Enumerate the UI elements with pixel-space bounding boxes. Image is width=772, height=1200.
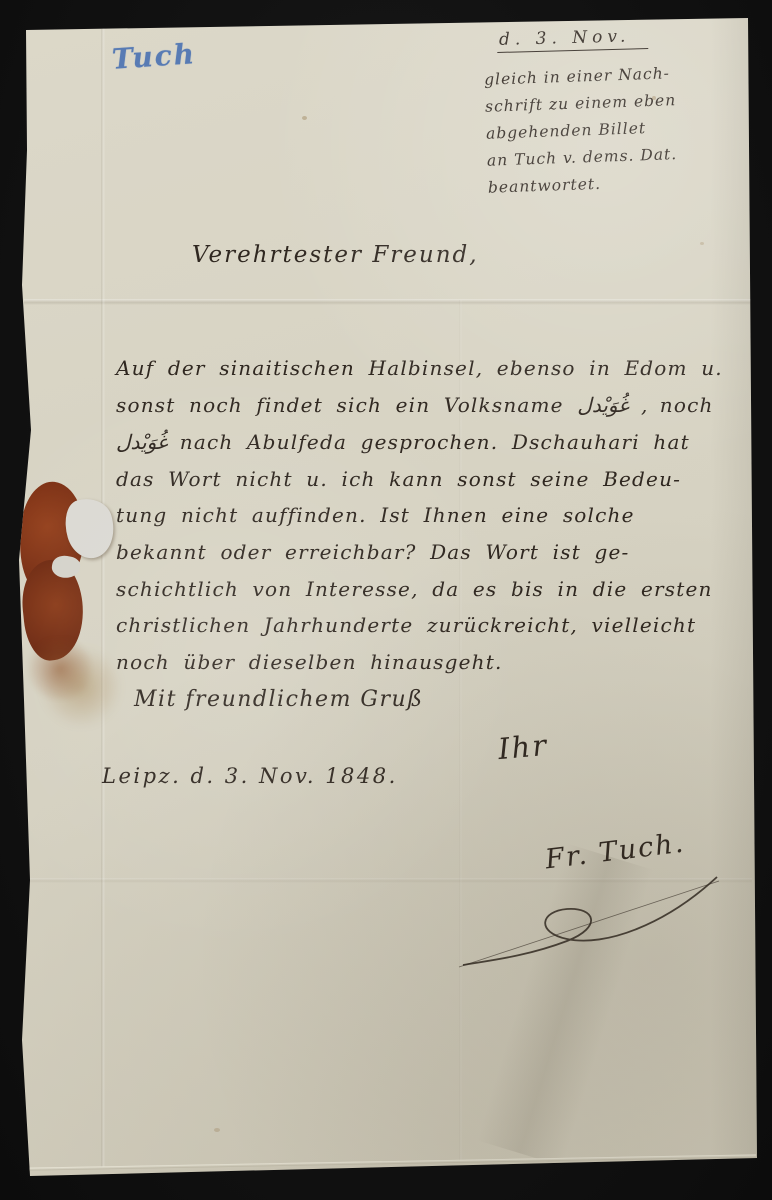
- letter-paper: Tuch d. 3. Nov. gleich in einer Nach- sc…: [0, 0, 772, 1200]
- body-line: bekannt oder erreichbar? Das Wort ist ge…: [116, 540, 630, 564]
- annotation-note: gleich in einer Nach- schrift zu einem e…: [484, 57, 761, 201]
- body-line: غُوَيْدل nach Abulfeda gesprochen. Dscha…: [116, 430, 690, 454]
- valediction: Ihr: [497, 728, 550, 766]
- closing-phrase: Mit freundlichem Gruß: [134, 687, 423, 712]
- foxing-spot: [700, 242, 704, 245]
- salutation: Verehrtester Freund,: [192, 242, 479, 268]
- body-line: sonst noch findet sich ein Volksname غُو…: [116, 393, 714, 417]
- foxing-spot: [302, 116, 307, 120]
- annotation-date-heading: d. 3. Nov.: [497, 26, 649, 53]
- foxing-spot: [214, 1128, 220, 1132]
- place-date-line: Leipz. d. 3. Nov. 1848.: [102, 764, 398, 788]
- body-line: noch über dieselben hinausgeht.: [116, 650, 503, 674]
- body-line: Auf der sinaitischen Halbinsel, ebenso i…: [116, 356, 723, 380]
- blue-pencil-mark: Tuch: [111, 37, 197, 76]
- body-line: schichtlich von Interesse, da es bis in …: [116, 577, 713, 601]
- paper-bottom-edge-highlight: [28, 1154, 756, 1170]
- vertical-fold-line-center: [459, 300, 462, 1160]
- body-line: christlichen Jahrhunderte zurückreicht, …: [116, 613, 696, 637]
- vertical-fold-line-left: [101, 28, 105, 1168]
- wax-stain-fade: [28, 638, 92, 700]
- signature-flourish: [455, 855, 725, 970]
- body-line: tung nicht auffinden. Ist Ihnen eine sol…: [116, 503, 635, 527]
- horizontal-fold-line-top: [24, 299, 752, 305]
- photo-background: Tuch d. 3. Nov. gleich in einer Nach- sc…: [0, 0, 772, 1200]
- body-line: das Wort nicht u. ich kann sonst seine B…: [116, 467, 681, 491]
